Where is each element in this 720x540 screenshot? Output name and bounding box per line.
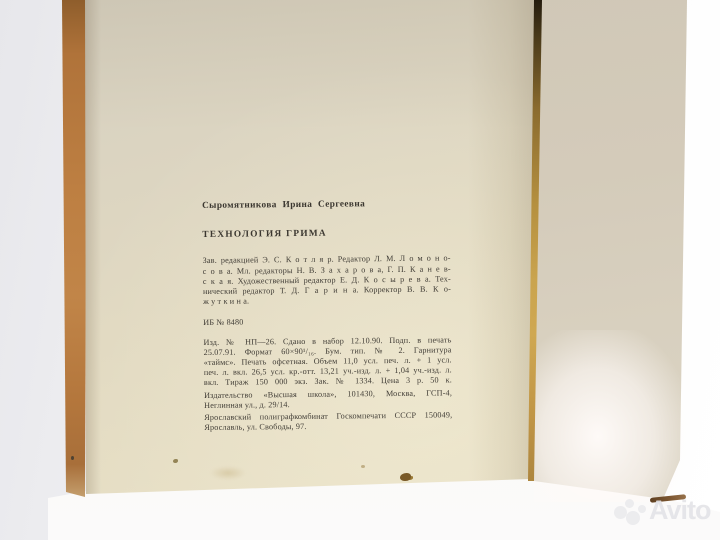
- speck: [71, 456, 74, 460]
- publisher-line: Неглинная ул., д. 29/14.: [204, 398, 452, 411]
- stain: [361, 465, 365, 468]
- colophon-text: Сыромятникова Ирина Сергеевна ТЕХНОЛОГИЯ…: [202, 198, 452, 433]
- avito-watermark: Avito: [598, 494, 718, 536]
- editors-paragraph: Зав. редакцией Э. С. К о т л я р. Редакт…: [203, 254, 452, 308]
- page-glare: [534, 330, 686, 502]
- ib-number: ИБ № 8480: [203, 316, 451, 329]
- stain: [173, 459, 178, 463]
- watermark-brand-text: Avito: [649, 495, 711, 526]
- publisher-paragraph: Издательство «Высшая школа», 101430, Мос…: [204, 388, 452, 411]
- book-title: ТЕХНОЛОГИЯ ГРИМА: [202, 228, 450, 241]
- editors-line: ж у т к и н а.: [203, 295, 451, 308]
- page-shading: [85, 0, 538, 130]
- imprint-line: вкл. Тираж 150 000 экз. Зак. № 1334. Цен…: [204, 376, 452, 389]
- imprint-paragraph: Изд. № НП—26. Сдано в набор 12.10.90. По…: [203, 335, 452, 389]
- author-name: Сыромятникова Ирина Сергеевна: [202, 198, 450, 211]
- stain: [400, 473, 411, 481]
- printer-paragraph: Ярославский полиграфкомбинат Госкомпечат…: [204, 410, 452, 433]
- stain: [210, 466, 246, 480]
- book-photo: Сыромятникова Ирина Сергеевна ТЕХНОЛОГИЯ…: [0, 0, 720, 540]
